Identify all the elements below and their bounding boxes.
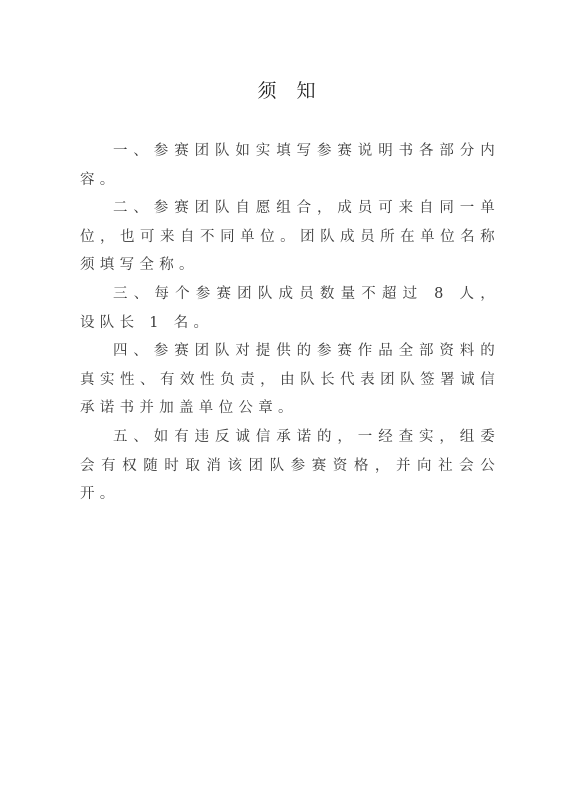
notice-item-2: 二、参赛团队自愿组合，成员可来自同一单位，也可来自不同单位。团队成员所在单位名称… <box>80 194 500 280</box>
notice-item-3: 三、每个参赛团队成员数量不超过 8 人，设队长 1 名。 <box>80 280 500 337</box>
notice-item-1: 一、参赛团队如实填写参赛说明书各部分内容。 <box>80 137 500 194</box>
notice-body: 一、参赛团队如实填写参赛说明书各部分内容。 二、参赛团队自愿组合，成员可来自同一… <box>80 137 500 509</box>
notice-item-5: 五、如有违反诚信承诺的，一经查实，组委会有权随时取消该团队参赛资格，并向社会公开… <box>80 423 500 509</box>
notice-item-4: 四、参赛团队对提供的参赛作品全部资料的真实性、有效性负责，由队长代表团队签署诚信… <box>80 337 500 423</box>
document-page: 须知 一、参赛团队如实填写参赛说明书各部分内容。 二、参赛团队自愿组合，成员可来… <box>0 0 579 810</box>
page-title: 须知 <box>0 76 579 103</box>
